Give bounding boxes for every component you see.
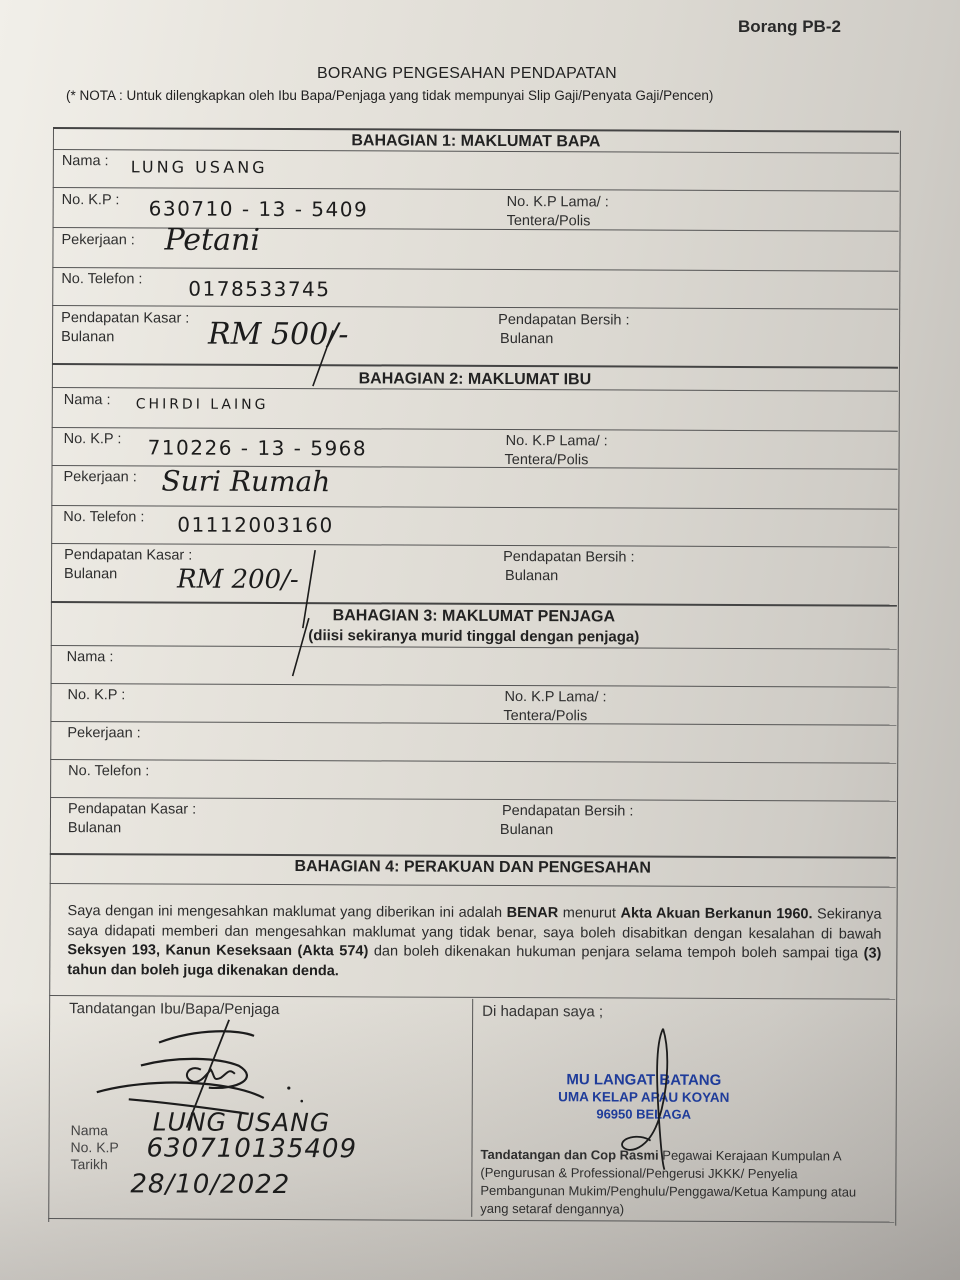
bulanan-label: Bulanan (500, 330, 553, 349)
section3-income-row: Pendapatan Kasar : Bulanan Pendapatan Be… (50, 797, 896, 858)
nama-label: Nama : (64, 391, 111, 410)
father-occupation-field[interactable]: Petani (164, 222, 260, 257)
nama-label: Nama : (62, 152, 109, 171)
section3-nama-row: Nama : (51, 645, 897, 688)
official-stamp: MU LANGAT BATANG UMA KELAP APAU KOYAN 96… (539, 1071, 749, 1123)
sig-nama-label: Nama (71, 1122, 108, 1139)
sig-no-kp-field[interactable]: 630710135409 (146, 1133, 357, 1164)
mother-phone-field[interactable]: 01112003160 (177, 513, 334, 538)
section2-telefon-row: No. Telefon : 01112003160 (51, 505, 897, 548)
section1-pekerjaan-row: Pekerjaan : Petani (52, 227, 898, 272)
form-code: Borang PB-2 (738, 17, 841, 37)
sig-tarikh-field[interactable]: 28/10/2022 (130, 1169, 290, 1200)
bulanan-label: Bulanan (505, 567, 558, 586)
father-phone-field[interactable]: 0178533745 (188, 277, 330, 302)
pendapatan-kasar-label: Pendapatan Kasar : (61, 309, 189, 329)
mother-ic-field[interactable]: 710226 - 13 - 5968 (148, 435, 368, 460)
section1-income-row: Pendapatan Kasar : Bulanan RM 500/- Pend… (52, 305, 898, 368)
pekerjaan-label: Pekerjaan : (61, 231, 134, 250)
section3-kp-row: No. K.P : No. K.P Lama/ : Tentera/Polis (50, 683, 896, 726)
no-kp-label: No. K.P : (67, 686, 125, 705)
no-kp-lama-label: No. K.P Lama/ : (506, 432, 608, 451)
sig-no-kp-label: No. K.P (71, 1139, 119, 1156)
bulanan-label: Bulanan (61, 328, 114, 347)
section3-heading: BAHAGIAN 3: MAKLUMAT PENJAGA (diisi seki… (51, 601, 897, 651)
section2-pekerjaan-row: Pekerjaan : Suri Rumah (51, 465, 897, 510)
father-name-field[interactable]: LUNG USANG (131, 157, 268, 177)
nama-label: Nama : (67, 648, 114, 667)
pekerjaan-label: Pekerjaan : (67, 724, 140, 743)
mother-gross-income-field[interactable]: RM 200/- (177, 565, 299, 596)
parent-signature-label: Tandatangan Ibu/Bapa/Penjaga (69, 1000, 279, 1018)
mother-occupation-field[interactable]: Suri Rumah (161, 464, 330, 498)
no-kp-label: No. K.P : (62, 191, 120, 210)
no-telefon-label: No. Telefon : (68, 762, 149, 781)
form-sheet: BAHAGIAN 1: MAKLUMAT BAPA Nama : LUNG US… (48, 127, 899, 1226)
section1-nama-row: Nama : LUNG USANG (53, 149, 899, 192)
mother-name-field[interactable]: CHIRDI LAING (136, 396, 269, 413)
pendapatan-bersih-label: Pendapatan Bersih : (498, 311, 629, 331)
official-signature-note: Tandatangan dan Cop Rasmi Pegawai Keraja… (480, 1146, 880, 1220)
bulanan-label: Bulanan (68, 819, 121, 838)
no-kp-label: No. K.P : (64, 430, 122, 449)
section1-telefon-row: No. Telefon : 0178533745 (52, 267, 898, 310)
section2-kp-row: No. K.P : 710226 - 13 - 5968 No. K.P Lam… (52, 427, 898, 470)
no-telefon-label: No. Telefon : (63, 508, 144, 527)
witness-label: Di hadapan saya ; (482, 1003, 603, 1021)
section2-nama-row: Nama : CHIRDI LAING (52, 387, 898, 432)
section2-income-row: Pendapatan Kasar : Bulanan RM 200/- Pend… (51, 543, 897, 606)
pendapatan-kasar-label: Pendapatan Kasar : (64, 546, 192, 566)
pendapatan-bersih-label: Pendapatan Bersih : (502, 802, 633, 822)
father-ic-field[interactable]: 630710 - 13 - 5409 (149, 196, 369, 221)
section3-telefon-row: No. Telefon : (50, 759, 896, 802)
pendapatan-kasar-label: Pendapatan Kasar : (68, 800, 196, 820)
no-kp-lama-label: No. K.P Lama/ : (504, 688, 606, 707)
form-note: (* NOTA : Untuk dilengkapkan oleh Ibu Ba… (66, 88, 713, 103)
form-title: BORANG PENGESAHAN PENDAPATAN (0, 65, 934, 83)
declaration-text: Saya dengan ini mengesahkan maklumat yan… (67, 902, 881, 984)
no-kp-lama-label: No. K.P Lama/ : (507, 193, 609, 212)
father-gross-income-field[interactable]: RM 500/- (208, 317, 349, 353)
pendapatan-bersih-label: Pendapatan Bersih : (503, 548, 634, 568)
bulanan-label: Bulanan (500, 821, 553, 840)
pekerjaan-label: Pekerjaan : (63, 468, 136, 487)
section3-pekerjaan-row: Pekerjaan : (50, 721, 896, 764)
no-telefon-label: No. Telefon : (61, 270, 142, 289)
sig-tarikh-label: Tarikh (70, 1156, 107, 1173)
bulanan-label: Bulanan (64, 565, 117, 584)
